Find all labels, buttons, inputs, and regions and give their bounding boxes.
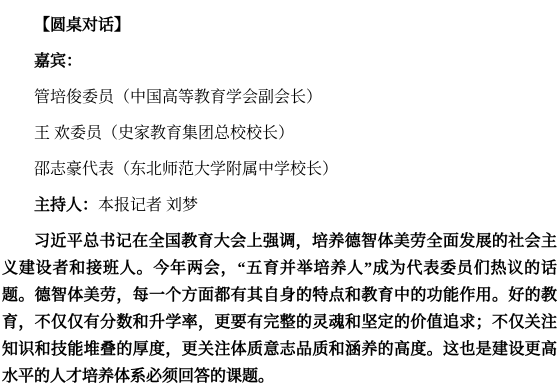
body-paragraph: 习近平总书记在全国教育大会上强调，培养德智体美劳全面发展的社会主义建设者和接班人… (2, 228, 557, 390)
guests-label: 嘉宾： (2, 48, 557, 75)
guest-line: 王 欢委员（史家教育集团总校校长） (2, 120, 557, 147)
host-value: 本报记者 刘梦 (98, 197, 198, 214)
host-line: 主持人：本报记者 刘梦 (2, 192, 557, 219)
guest-line: 管培俊委员（中国高等教育学会副会长） (2, 84, 557, 111)
guest-line: 邵志豪代表（东北师范大学附属中学校长） (2, 156, 557, 183)
article-page: 【圆桌对话】 嘉宾： 管培俊委员（中国高等教育学会副会长） 王 欢委员（史家教育… (0, 0, 559, 390)
section-header: 【圆桌对话】 (2, 12, 557, 39)
host-label: 主持人： (34, 197, 98, 214)
